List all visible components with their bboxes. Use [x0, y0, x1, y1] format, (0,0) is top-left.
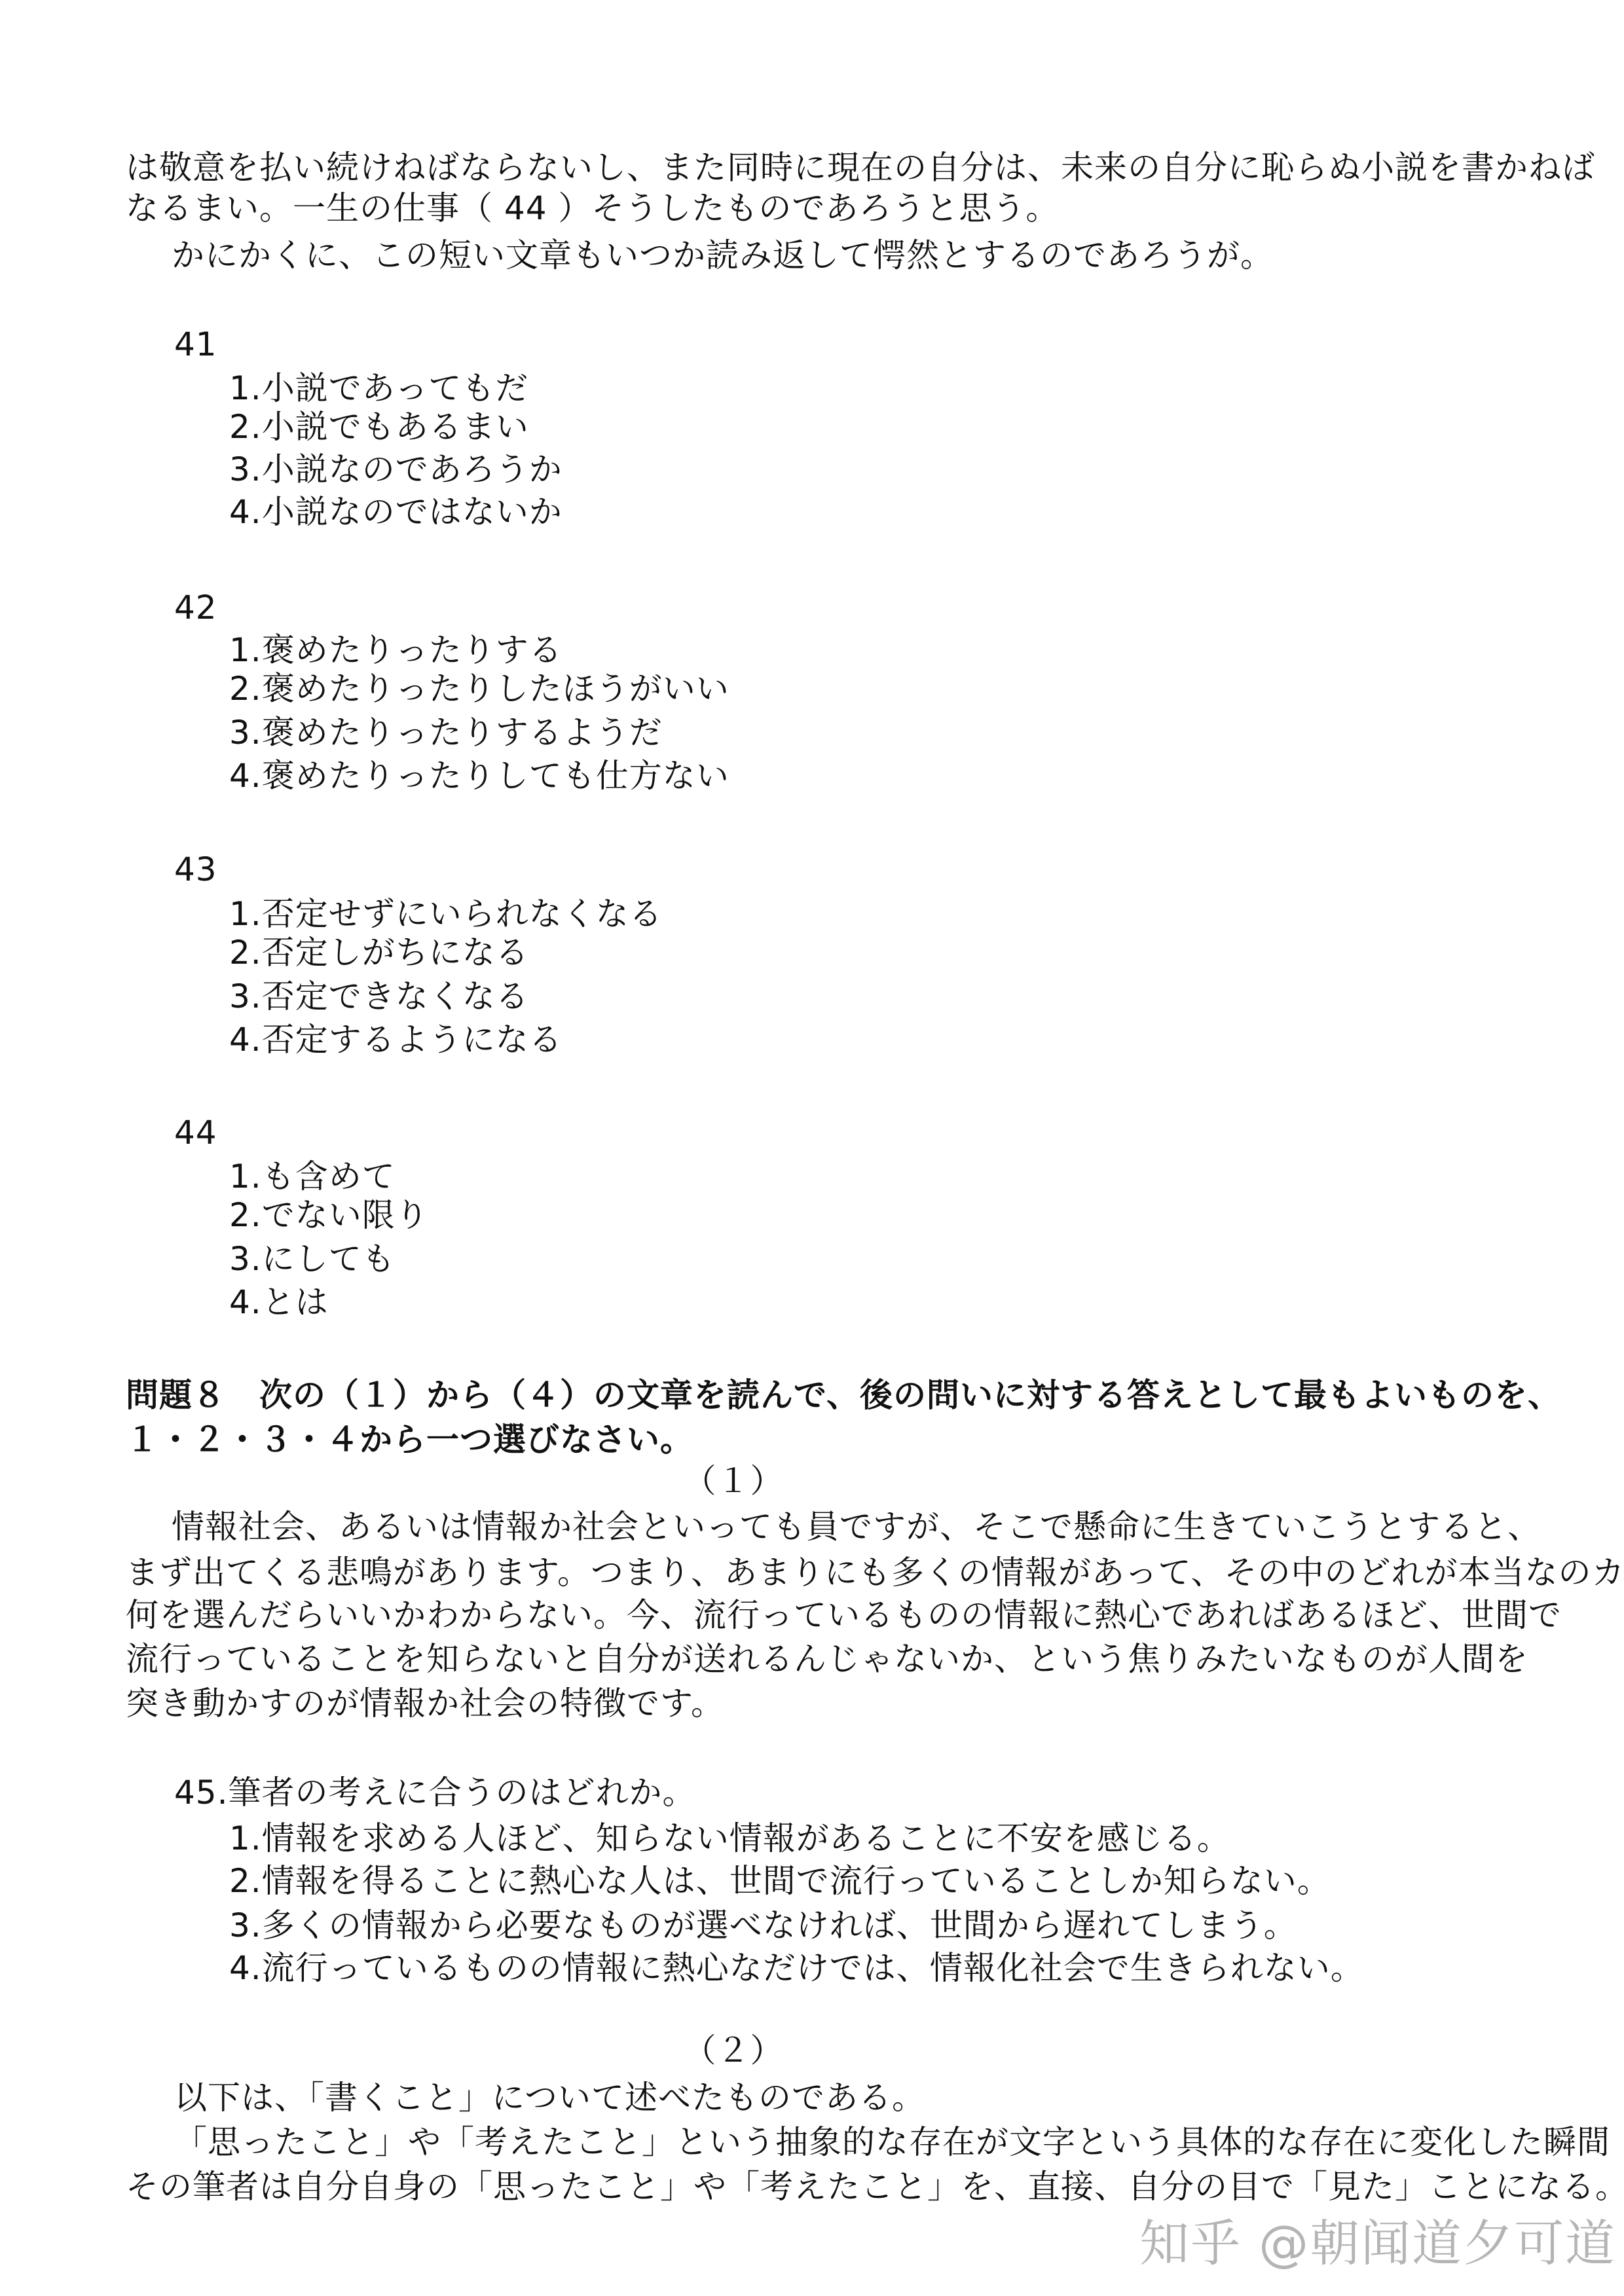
answer-option[interactable]: 1.否定せずにいられなくなる [229, 894, 663, 934]
passage-line: かにかくに、この短い文章もいつか読み返して愕然とするのであろうが。 [172, 236, 1274, 275]
answer-option[interactable]: 3.否定できなくなる [229, 977, 529, 1016]
question-number: 43 [174, 850, 217, 889]
answer-option[interactable]: 3.小説なのであろうか [229, 450, 563, 489]
question-number: 41 [174, 325, 217, 364]
answer-option[interactable]: 4.褒めたりったりしても仕方ない [229, 756, 729, 795]
answer-option[interactable]: 4.小説なのではないか [229, 492, 563, 532]
passage-line: 以下は、「書くこと」について述べたものである。 [174, 2078, 925, 2117]
passage-label: （１） [0, 1461, 1467, 1501]
answer-option[interactable]: 2.情報を得ることに熱心な人は、世間で流行っていることしか知らない。 [229, 1861, 1331, 1901]
passage-line: 情報社会、あるいは情報か社会といっても員ですが、そこで懸命に生きていこうとすると… [172, 1507, 1541, 1546]
answer-option[interactable]: 3.にしても [229, 1239, 396, 1279]
instruction-line: 問題８ 次の（１）から（４）の文章を読んで、後の問いに対する答えとして最もよいも… [126, 1376, 1561, 1415]
answer-option[interactable]: 1.褒めたりったりする [229, 630, 563, 670]
passage-line: その筆者は自分自身の「思ったこと」や「考えたこと」を、直接、自分の目で「見た」こ… [126, 2167, 1624, 2206]
answer-option[interactable]: 1.情報を求める人ほど、知らない情報があることに不安を感じる。 [229, 1819, 1230, 1858]
passage-line: 何を選んだらいいかわからない。今、流行っているものの情報に熱心であればあるほど、… [126, 1595, 1562, 1635]
passage-line: は敬意を払い続けねばならないし、また同時に現在の自分は、未来の自分に恥らぬ小説を… [126, 148, 1595, 187]
question-number: 44 [174, 1113, 217, 1152]
answer-option[interactable]: 1.も含めて [229, 1157, 396, 1196]
passage-line: 「思ったこと」や「考えたこと」という抽象的な存在が文字という具体的な存在に変化し… [174, 2123, 1610, 2162]
passage-line: 流行っていることを知らないと自分が送れるんじゃないか、という焦りみたいなものが人… [126, 1639, 1528, 1679]
answer-option[interactable]: 2.小説でもあるまい [229, 407, 529, 446]
answer-option[interactable]: 2.褒めたりったりしたほうがいい [229, 669, 729, 708]
passage-line: まず出てくる悲鳴があります。つまり、あまりにも多くの情報があって、その中のどれが… [126, 1553, 1624, 1592]
watermark: 知乎 @朝闻道夕可道 [1139, 2214, 1616, 2273]
answer-option[interactable]: 4.否定するようになる [229, 1020, 563, 1059]
answer-option[interactable]: 3.多くの情報から必要なものが選べなければ、世間から遅れてしまう。 [229, 1906, 1297, 1945]
answer-option[interactable]: 2.でない限り [229, 1195, 429, 1235]
answer-option[interactable]: 4.流行っているものの情報に熱心なだけでは、情報化社会で生きられない。 [229, 1948, 1364, 1988]
answer-option[interactable]: 1.小説であってもだ [229, 369, 528, 408]
passage-line: 突き動かすのが情報か社会の特徴です。 [126, 1684, 724, 1723]
answer-option[interactable]: 4.とは [229, 1283, 329, 1322]
passage-label: （２） [0, 2031, 1467, 2070]
question-stem: 45.筆者の考えに合うのはどれか。 [174, 1773, 696, 1812]
passage-line: なるまい。一生の仕事（ 44 ）そうしたものであろうと思う。 [126, 189, 1059, 228]
question-number: 42 [174, 588, 217, 627]
instruction-line: １・２・３・４から一つ選びなさい。 [126, 1420, 693, 1459]
answer-option[interactable]: 2.否定しがちになる [229, 933, 529, 972]
answer-option[interactable]: 3.褒めたりったりするようだ [229, 713, 663, 752]
